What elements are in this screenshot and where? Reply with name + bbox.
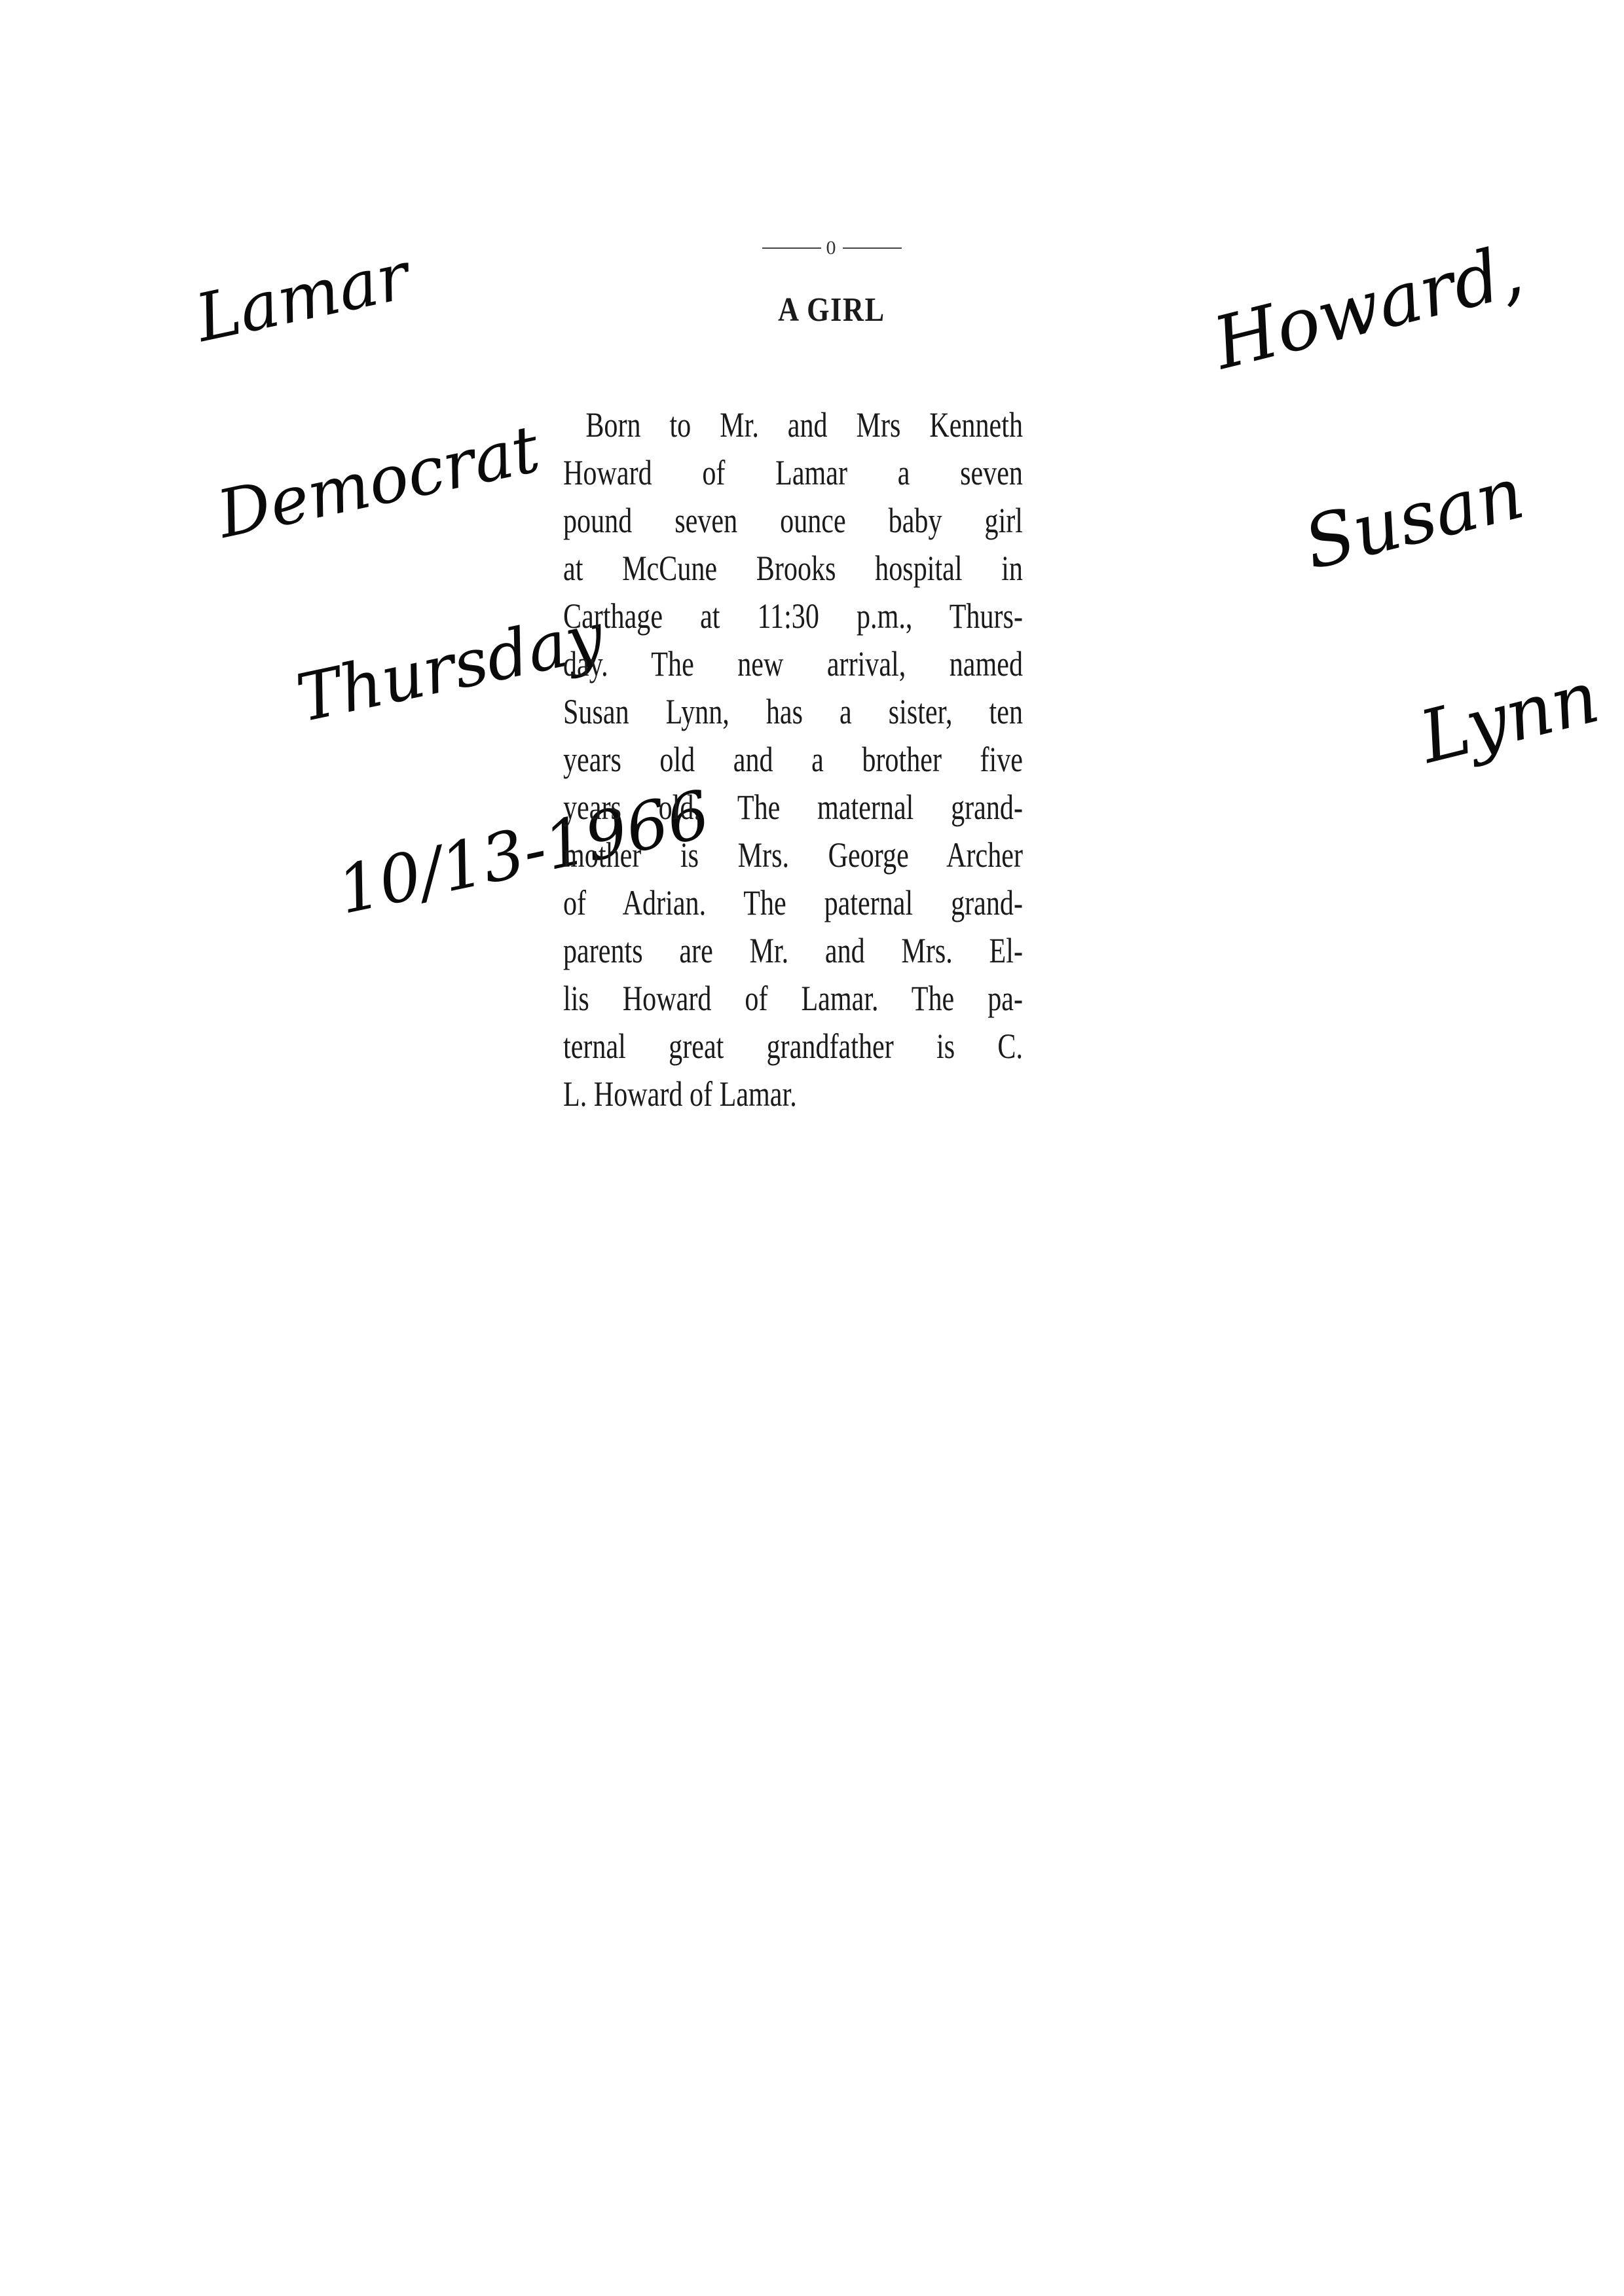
note-middle-name: Lynn [1413, 653, 1624, 774]
article-line: years old and a brother five [563, 736, 1023, 784]
article-line: mother is Mrs. George Archer [563, 831, 1023, 879]
article-line: at McCune Brooks hospital in [563, 545, 1023, 592]
article-line: years old. The maternal grand- [563, 784, 1023, 831]
article-line: of Adrian. The paternal grand- [563, 879, 1023, 927]
newspaper-clipping: 0 A GIRL Born to Mr. and Mrs Kenneth How… [563, 236, 1061, 1118]
article-line: Howard of Lamar a seven [563, 449, 1023, 497]
note-first-name: Susan [1297, 444, 1581, 580]
article-line: ternal great grandfather is C. [563, 1023, 1023, 1070]
article-line: Carthage at 11:30 p.m., Thurs- [563, 592, 1023, 640]
handwritten-name-note: Howard, Susan Lynn [1172, 94, 1624, 869]
article-line: day. The new arrival, named [563, 640, 1023, 688]
section-divider: 0 [602, 236, 1061, 259]
article-line: L. Howard of Lamar. [563, 1070, 1023, 1118]
article-line: parents are Mr. and Mrs. El- [563, 927, 1023, 975]
divider-mark: 0 [826, 237, 838, 259]
article-line: pound seven ounce baby girl [563, 497, 1023, 545]
article-body: Born to Mr. and Mrs Kenneth Howard of La… [563, 401, 1023, 1118]
note-newspaper-name-line1: Lamar [191, 205, 593, 352]
article-line: Susan Lynn, has a sister, ten [563, 688, 1023, 736]
article-line: Born to Mr. and Mrs Kenneth [563, 401, 1023, 449]
note-surname: Howard, [1207, 234, 1529, 380]
article-headline: A GIRL [637, 291, 1027, 329]
article-line: lis Howard of Lamar. The pa- [563, 975, 1023, 1023]
